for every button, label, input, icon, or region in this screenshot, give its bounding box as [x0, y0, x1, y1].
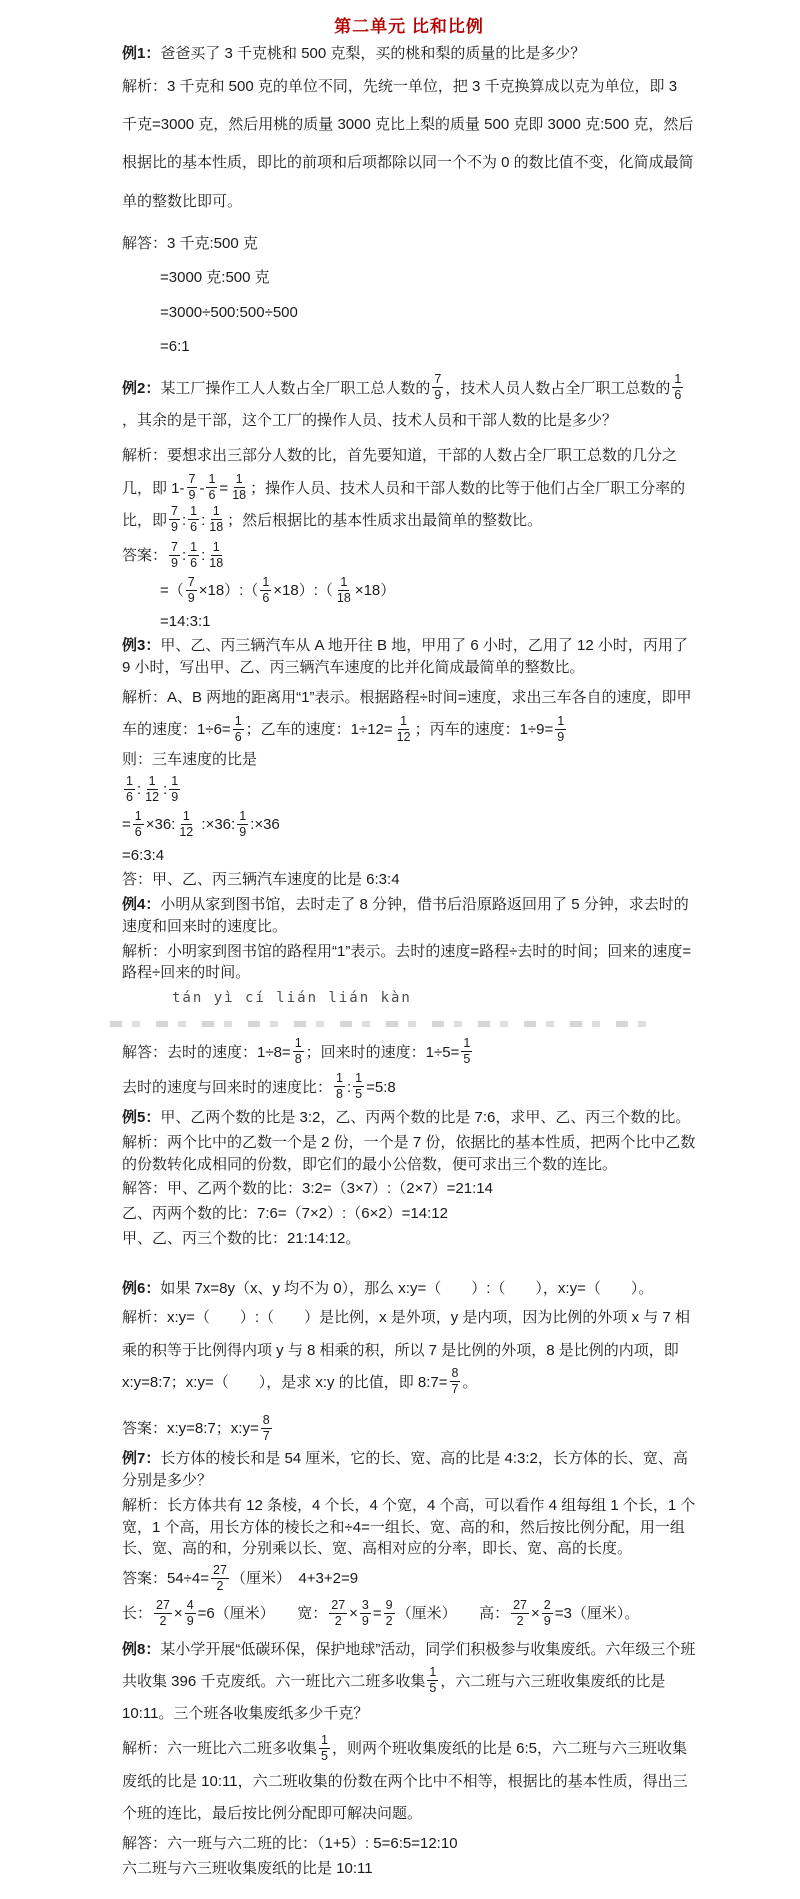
text-run: =（ — [160, 582, 184, 599]
fraction-denominator: 7 — [450, 1382, 461, 1397]
fraction-numerator: 8 — [261, 1413, 272, 1429]
text-run: 甲、乙两个数的比是 3:2，乙、丙两个数的比是 7:6，求甲、乙、丙三个数的比。 — [160, 1109, 690, 1126]
text-run: ×18）:（ — [273, 582, 333, 599]
fraction: 272 — [511, 1598, 529, 1629]
blur-artifact — [122, 1012, 696, 1034]
fraction-numerator: 1 — [211, 540, 222, 556]
ex8-answer-line-2: 六二班与六三班收集废纸的比是 10:11 — [122, 1858, 696, 1880]
pinyin-text: tán yì cí lián lián kàn — [172, 990, 412, 1006]
ex5-answer-line-2: 乙、丙两个数的比：7:6=（7×2）:（6×2）=14:12 — [122, 1203, 696, 1225]
text-run: 甲、乙、丙三个数的比：21:14:12。 — [122, 1230, 360, 1247]
text-run: :×36: — [197, 816, 235, 833]
fraction-numerator: 27 — [211, 1563, 229, 1579]
ex1-question: 例1：爸爸买了 3 千克桃和 500 克梨，买的桃和梨的质量的比是多少？ — [122, 43, 696, 65]
text-run: ，技术人员人数占全厂职工总数的 — [445, 380, 670, 397]
text-run: × — [349, 1605, 358, 1622]
text-run: =3000÷500:500÷500 — [160, 304, 298, 321]
fraction-denominator: 9 — [237, 825, 248, 840]
text-run: 甲、乙、丙三辆汽车从 A 地开往 B 地，甲用了 6 小时，乙用了 12 小时，… — [122, 637, 688, 676]
fraction-denominator: 18 — [207, 556, 225, 571]
text-run: =3（厘米）。 — [555, 1605, 640, 1622]
text-run: = — [373, 1605, 382, 1622]
fraction: 18 — [293, 1036, 304, 1067]
text-run: : — [347, 1079, 351, 1096]
text-run: 解答：六一班与六二班的比：（1+5）: 5=6:5=12:10 — [122, 1835, 458, 1852]
text-run: 解答：甲、乙两个数的比：3:2=（3×7）:（2×7）=21:14 — [122, 1180, 493, 1197]
fraction: 118 — [335, 575, 353, 606]
text-run: : — [182, 512, 186, 529]
fraction: 112 — [143, 774, 161, 805]
example-label: 例4： — [122, 896, 160, 913]
text-run: 答：甲、乙、丙三辆汽车速度的比是 6:3:4 — [122, 871, 400, 888]
fraction-numerator: 7 — [432, 372, 443, 388]
fraction: 16 — [206, 472, 217, 503]
fraction-numerator: 1 — [206, 472, 217, 488]
fraction-numerator: 9 — [384, 1598, 395, 1614]
text-run: 答案： — [122, 547, 167, 564]
text-run: ×18） — [355, 582, 395, 599]
text-run: ；然后根据比的基本性质求出最简单的整数比。 — [227, 512, 542, 529]
fraction: 16 — [260, 575, 271, 606]
fraction-numerator: 1 — [319, 1733, 330, 1749]
text-run: （厘米） 高： — [397, 1605, 510, 1622]
ex3-ratio-line: 16:112:19 — [122, 774, 696, 806]
ex7-answer-line-2: 长：272×49=6（厘米） 宽：272×39=92（厘米） 高：272×29=… — [122, 1598, 696, 1630]
text-run: =6:1 — [160, 338, 190, 355]
text-run: 如果 7x=8y（x、y 均不为 0），那么 x:y=（ ）:（ ），x:y=（… — [160, 1280, 653, 1297]
fraction-numerator: 1 — [188, 504, 199, 520]
fraction-numerator: 1 — [672, 372, 683, 388]
text-run: 解析：x:y=（ ）:（ ）是比例，x 是外项，y 是内项，因为比例的外项 x … — [122, 1309, 690, 1391]
fraction-numerator: 1 — [353, 1071, 364, 1087]
ex8-answer-line-1: 解答：六一班与六二班的比：（1+5）: 5=6:5=12:10 — [122, 1833, 696, 1855]
fraction-numerator: 1 — [211, 504, 222, 520]
fraction: 272 — [154, 1598, 172, 1629]
text-run: × — [174, 1605, 183, 1622]
text-run: 则：三车速度的比是 — [122, 751, 257, 768]
fraction-denominator: 18 — [207, 520, 225, 535]
fraction: 112 — [395, 714, 413, 745]
fraction-numerator: 1 — [124, 774, 135, 790]
text-run: - — [199, 480, 204, 497]
fraction-denominator: 9 — [542, 1614, 553, 1629]
fraction-numerator: 27 — [154, 1598, 172, 1614]
fraction-numerator: 1 — [427, 1665, 438, 1681]
fraction-numerator: 7 — [186, 575, 197, 591]
fraction: 87 — [450, 1366, 461, 1397]
fraction: 118 — [207, 504, 225, 535]
fraction: 39 — [360, 1598, 371, 1629]
fraction-denominator: 2 — [157, 1614, 168, 1629]
ex8-analysis: 解析：六一班比六二班多收集15，则两个班收集废纸的比是 6:5，六二班与六三班收… — [122, 1733, 696, 1830]
ex4-answer-line-2: 去时的速度与回来时的速度比：18:15=5:8 — [122, 1072, 696, 1104]
text-run: : — [163, 781, 167, 798]
blurred-text-artifact — [110, 1021, 662, 1027]
example-label: 例2： — [122, 380, 160, 397]
text-run: ；回来时的速度：1÷5= — [306, 1044, 460, 1061]
fraction-denominator: 6 — [260, 591, 271, 606]
text-run: 解答：去时的速度：1÷8= — [122, 1044, 291, 1061]
ex2-question: 例2：某工厂操作工人人数占全厂职工总人数的79，技术人员人数占全厂职工总数的16… — [122, 373, 696, 438]
ex1-answer-line-3: =3000÷500:500÷500 — [122, 302, 696, 325]
fraction-denominator: 6 — [188, 556, 199, 571]
text-run: ；乙车的速度：1÷12= — [246, 721, 393, 738]
fraction-numerator: 1 — [398, 714, 409, 730]
text-run: 。 — [462, 1374, 477, 1391]
text-run: = — [219, 480, 228, 497]
fraction: 19 — [555, 714, 566, 745]
fraction: 16 — [188, 504, 199, 535]
fraction-numerator: 1 — [461, 1036, 472, 1052]
fraction: 15 — [353, 1071, 364, 1102]
ex4-question: 例4：小明从家到图书馆，去时走了 8 分钟，借书后沿原路返回用了 5 分钟，求去… — [122, 894, 696, 938]
fraction: 118 — [230, 472, 248, 503]
fraction: 16 — [133, 809, 144, 840]
fraction: 112 — [177, 809, 195, 840]
text-run: 解答：3 千克:500 克 — [122, 235, 258, 252]
text-run: ；丙车的速度：1÷9= — [415, 721, 554, 738]
text-run: : — [137, 781, 141, 798]
ex7-analysis: 解析：长方体共有 12 条棱，4 个长，4 个宽，4 个高，可以看作 4 组每组… — [122, 1495, 696, 1560]
text-run: 去时的速度与回来时的速度比： — [122, 1079, 332, 1096]
example-label: 例6： — [122, 1280, 160, 1297]
text-run: ，其余的是干部，这个工厂的操作人员、技术人员和干部人数的比是多少？ — [122, 412, 617, 429]
ex5-analysis: 解析：两个比中的乙数一个是 2 份，一个是 7 份，依据比的基本性质，把两个比中… — [122, 1132, 696, 1176]
fraction: 79 — [169, 504, 180, 535]
fraction-numerator: 1 — [338, 575, 349, 591]
fraction-numerator: 3 — [360, 1598, 371, 1614]
fraction-denominator: 18 — [230, 488, 248, 503]
ex1-answer-line-1: 解答：3 千克:500 克 — [122, 233, 696, 256]
text-run: 答案：x:y=8:7；x:y= — [122, 1420, 259, 1437]
fraction-numerator: 1 — [260, 575, 271, 591]
fraction: 19 — [237, 809, 248, 840]
ex2-analysis: 解析：要想求出三部分人数的比，首先要知道，干部的人数占全厂职工总数的几分之几，即… — [122, 440, 696, 537]
ex4-answer-line-1: 解答：去时的速度：1÷8=18；回来时的速度：1÷5=15 — [122, 1037, 696, 1069]
fraction-denominator: 9 — [169, 790, 180, 805]
text-run: 解析：六一班比六二班多收集 — [122, 1740, 317, 1757]
fraction: 79 — [169, 540, 180, 571]
text-run: × — [531, 1605, 540, 1622]
ex8-question: 例8：某小学开展“低碳环保，保护地球”活动，同学们积极参与收集废纸。六年级三个班… — [122, 1634, 696, 1731]
fraction-numerator: 7 — [169, 504, 180, 520]
text-run: =14:3:1 — [160, 613, 210, 630]
example-label: 例8： — [122, 1641, 160, 1658]
fraction-denominator: 6 — [672, 388, 683, 403]
text-run: （厘米） 4+3+2=9 — [231, 1570, 358, 1587]
fraction-numerator: 27 — [511, 1598, 529, 1614]
ex3-answer: 答：甲、乙、丙三辆汽车速度的比是 6:3:4 — [122, 869, 696, 891]
ex4-analysis: 解析：小明家到图书馆的路程用“1”表示。去时的速度=路程÷去时的时间；回来的速度… — [122, 941, 696, 985]
fraction: 16 — [188, 540, 199, 571]
unit-title: 第二单元 比和比例 — [122, 12, 696, 37]
fraction-numerator: 1 — [147, 774, 158, 790]
fraction-denominator: 12 — [177, 825, 195, 840]
fraction: 16 — [672, 372, 683, 403]
fraction: 92 — [384, 1598, 395, 1629]
fraction-numerator: 1 — [169, 774, 180, 790]
fraction-numerator: 7 — [187, 472, 198, 488]
ex2-answer-line-1: 答案：79:16:118 — [122, 540, 696, 572]
fraction-denominator: 8 — [293, 1052, 304, 1067]
fraction-denominator: 2 — [384, 1614, 395, 1629]
fraction: 79 — [432, 372, 443, 403]
fraction-denominator: 9 — [186, 591, 197, 606]
fraction-denominator: 5 — [427, 1681, 438, 1696]
example-label: 例1： — [122, 45, 160, 62]
fraction: 18 — [334, 1071, 345, 1102]
text-run: =6（厘米） 宽： — [198, 1605, 328, 1622]
fraction: 79 — [186, 575, 197, 606]
fraction-numerator: 1 — [555, 714, 566, 730]
worksheet-page: 第二单元 比和比例 例1：爸爸买了 3 千克桃和 500 克梨，买的桃和梨的质量… — [0, 0, 800, 1899]
fraction-denominator: 6 — [188, 520, 199, 535]
fraction-numerator: 1 — [188, 540, 199, 556]
fraction-numerator: 8 — [450, 1366, 461, 1382]
fraction: 16 — [233, 714, 244, 745]
fraction-numerator: 4 — [185, 1598, 196, 1614]
text-run: : — [201, 512, 205, 529]
text-run: =6:3:4 — [122, 847, 164, 864]
fraction-denominator: 5 — [353, 1087, 364, 1102]
fraction-numerator: 2 — [542, 1598, 553, 1614]
fraction-denominator: 6 — [206, 488, 217, 503]
text-run: 某工厂操作工人人数占全厂职工总人数的 — [160, 380, 430, 397]
text-run: : — [201, 547, 205, 564]
ex6-question: 例6：如果 7x=8y（x、y 均不为 0），那么 x:y=（ ）:（ ），x:… — [122, 1278, 696, 1300]
text-run: 解析：两个比中的乙数一个是 2 份，一个是 7 份，依据比的基本性质，把两个比中… — [122, 1134, 695, 1173]
text-run: : — [182, 547, 186, 564]
fraction-numerator: 1 — [234, 472, 245, 488]
fraction-denominator: 9 — [187, 488, 198, 503]
fraction-denominator: 2 — [333, 1614, 344, 1629]
ex3-question: 例3：甲、乙、丙三辆汽车从 A 地开往 B 地，甲用了 6 小时，乙用了 12 … — [122, 635, 696, 679]
fraction-denominator: 9 — [360, 1614, 371, 1629]
fraction: 15 — [427, 1665, 438, 1696]
text-run: ×18）:（ — [199, 582, 259, 599]
fraction: 16 — [124, 774, 135, 805]
ex1-analysis: 解析：3 千克和 500 克的单位不同，先统一单位，把 3 千克换算成以克为单位… — [122, 68, 696, 221]
fraction-denominator: 2 — [215, 1579, 226, 1594]
fraction-denominator: 9 — [185, 1614, 196, 1629]
text-run: 六二班与六三班收集废纸的比是 10:11 — [122, 1860, 373, 1877]
ex1-answer-line-2: =3000 克:500 克 — [122, 267, 696, 290]
ex7-question: 例7：长方体的棱长和是 54 厘米，它的长、宽、高的比是 4:3:2，长方体的长… — [122, 1448, 696, 1492]
text-run: 乙、丙两个数的比：7:6=（7×2）:（6×2）=14:12 — [122, 1205, 448, 1222]
text-run: 答案：54÷4= — [122, 1570, 209, 1587]
fraction-denominator: 9 — [169, 556, 180, 571]
ex1-answer-line-4: =6:1 — [122, 336, 696, 359]
fraction-numerator: 1 — [133, 809, 144, 825]
example-label: 例7： — [122, 1450, 160, 1467]
text-run: ×36: — [146, 816, 176, 833]
ex3-then: 则：三车速度的比是 — [122, 749, 696, 771]
fraction-denominator: 6 — [133, 825, 144, 840]
fraction-numerator: 1 — [181, 809, 192, 825]
fraction-denominator: 6 — [124, 790, 135, 805]
worksheet-content: 例1：爸爸买了 3 千克桃和 500 克梨，买的桃和梨的质量的比是多少？解析：3… — [122, 43, 696, 1880]
fraction-numerator: 1 — [334, 1071, 345, 1087]
text-run: 解析：3 千克和 500 克的单位不同，先统一单位，把 3 千克换算成以克为单位… — [122, 78, 694, 210]
fraction-denominator: 2 — [515, 1614, 526, 1629]
ex5-answer-line-1: 解答：甲、乙两个数的比：3:2=（3×7）:（2×7）=21:14 — [122, 1178, 696, 1200]
text-run: 小明从家到图书馆，去时走了 8 分钟，借书后沿原路返回用了 5 分钟，求去时的速… — [122, 896, 689, 935]
fraction: 272 — [211, 1563, 229, 1594]
example-label: 例5： — [122, 1109, 160, 1126]
fraction-denominator: 5 — [319, 1749, 330, 1764]
example-label: 例3： — [122, 637, 160, 654]
fraction-denominator: 8 — [334, 1087, 345, 1102]
text-run: 长方体的棱长和是 54 厘米，它的长、宽、高的比是 4:3:2，长方体的长、宽、… — [122, 1450, 688, 1489]
ex5-answer-line-3: 甲、乙、丙三个数的比：21:14:12。 — [122, 1228, 696, 1250]
fraction: 118 — [207, 540, 225, 571]
fraction: 272 — [329, 1598, 347, 1629]
fraction-denominator: 9 — [169, 520, 180, 535]
fraction: 29 — [542, 1598, 553, 1629]
fraction-denominator: 18 — [335, 591, 353, 606]
ex2-answer-line-3: =14:3:1 — [122, 611, 696, 633]
fraction-denominator: 12 — [395, 730, 413, 745]
fraction: 15 — [461, 1036, 472, 1067]
fraction-numerator: 1 — [233, 714, 244, 730]
fraction-denominator: 12 — [143, 790, 161, 805]
fraction-denominator: 7 — [261, 1429, 272, 1444]
text-run: = — [122, 816, 131, 833]
fraction: 87 — [261, 1413, 272, 1444]
fraction-denominator: 5 — [461, 1052, 472, 1067]
ex6-answer: 答案：x:y=8:7；x:y=87 — [122, 1413, 696, 1445]
fraction: 15 — [319, 1733, 330, 1764]
pinyin-artifact: tán yì cí lián lián kàn — [122, 987, 696, 1009]
fraction-numerator: 1 — [237, 809, 248, 825]
ex7-answer-line-1: 答案：54÷4=272（厘米） 4+3+2=9 — [122, 1563, 696, 1595]
ex3-step-line: =16×36:112 :×36:19:×36 — [122, 809, 696, 841]
ex5-question: 例5：甲、乙两个数的比是 3:2，乙、丙两个数的比是 7:6，求甲、乙、丙三个数… — [122, 1107, 696, 1129]
text-run: =5:8 — [366, 1079, 396, 1096]
fraction-numerator: 1 — [293, 1036, 304, 1052]
ex3-analysis: 解析：A、B 两地的距离用“1”表示。根据路程÷时间=速度，求出三车各自的速度，… — [122, 682, 696, 747]
ex3-result-line: =6:3:4 — [122, 845, 696, 867]
ex6-analysis: 解析：x:y=（ ）:（ ）是比例，x 是外项，y 是内项，因为比例的外项 x … — [122, 1302, 696, 1399]
fraction: 19 — [169, 774, 180, 805]
fraction-denominator: 6 — [233, 730, 244, 745]
fraction: 79 — [187, 472, 198, 503]
fraction-numerator: 7 — [169, 540, 180, 556]
fraction-numerator: 27 — [329, 1598, 347, 1614]
text-run: 长： — [122, 1605, 152, 1622]
fraction-denominator: 9 — [555, 730, 566, 745]
text-run: 解析：长方体共有 12 条棱，4 个长，4 个宽，4 个高，可以看作 4 组每组… — [122, 1497, 695, 1558]
fraction-denominator: 9 — [432, 388, 443, 403]
fraction: 49 — [185, 1598, 196, 1629]
ex2-answer-line-2: =（79×18）:（16×18）:（118×18） — [122, 575, 696, 607]
text-run: =3000 克:500 克 — [160, 269, 270, 286]
text-run: :×36 — [250, 816, 280, 833]
text-run: 解析：小明家到图书馆的路程用“1”表示。去时的速度=路程÷去时的时间；回来的速度… — [122, 943, 691, 982]
text-run: 爸爸买了 3 千克桃和 500 克梨，买的桃和梨的质量的比是多少？ — [160, 45, 585, 62]
